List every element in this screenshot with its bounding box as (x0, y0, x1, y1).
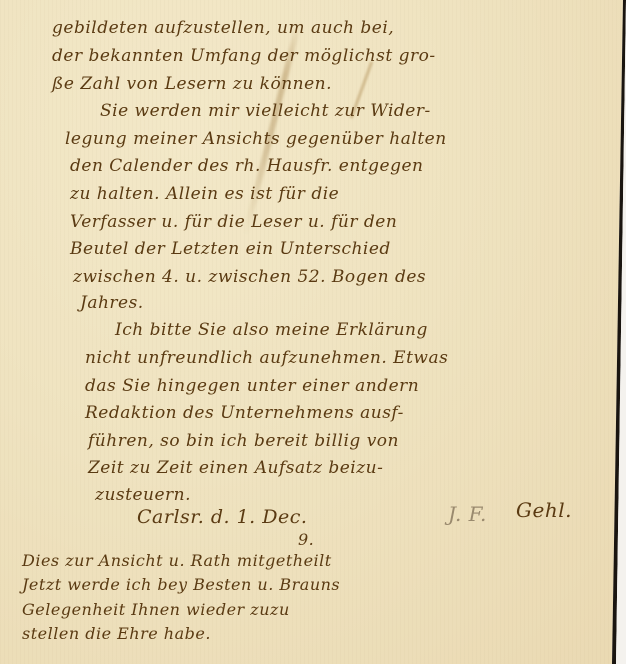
body-line: den Calender des rh. Hausfr. entgegen (70, 158, 423, 175)
body-line: Zeit zu Zeit einen Aufsatz beizu- (88, 460, 383, 477)
place-date: Carlsr. d. 1. Dec. (137, 508, 307, 527)
document-page: gebildeten aufzustellen, um auch bei, de… (0, 0, 626, 664)
year-mark: 9. (298, 532, 314, 548)
body-line: Jahres. (80, 295, 144, 312)
postscript-line: stellen die Ehre habe. (22, 626, 211, 642)
body-line: ße Zahl von Lesern zu können. (52, 76, 332, 93)
body-line: zusteuern. (95, 487, 191, 504)
body-line: zwischen 4. u. zwischen 52. Bogen des (73, 269, 426, 286)
body-line: Sie werden mir vielleicht zur Wider- (100, 103, 431, 120)
body-line: das Sie hingegen unter einer andern (85, 378, 419, 395)
body-line: Verfasser u. für die Leser u. für den (70, 214, 397, 231)
body-line: Ich bitte Sie also meine Erklärung (115, 322, 428, 339)
body-line: Redaktion des Unternehmens ausf- (85, 405, 404, 422)
postscript-line: Dies zur Ansicht u. Rath mitgetheilt (22, 553, 332, 569)
postscript-line: Jetzt werde ich bey Besten u. Brauns (22, 577, 340, 593)
body-line: zu halten. Allein es ist für die (70, 186, 339, 203)
body-line: Beutel der Letzten ein Unterschied (70, 241, 391, 258)
body-line: gebildeten aufzustellen, um auch bei, (52, 20, 394, 37)
signature-name: Gehl. (516, 500, 572, 520)
body-line: legung meiner Ansichts gegenüber halten (65, 131, 447, 148)
body-line: führen, so bin ich bereit billig von (88, 433, 399, 450)
postscript-line: Gelegenheit Ihnen wieder zuzu (22, 602, 290, 618)
body-line: der bekannten Umfang der möglichst gro- (52, 48, 436, 65)
body-line: nicht unfreundlich aufzunehmen. Etwas (85, 350, 448, 367)
signature-initials: J. F. (448, 504, 487, 524)
